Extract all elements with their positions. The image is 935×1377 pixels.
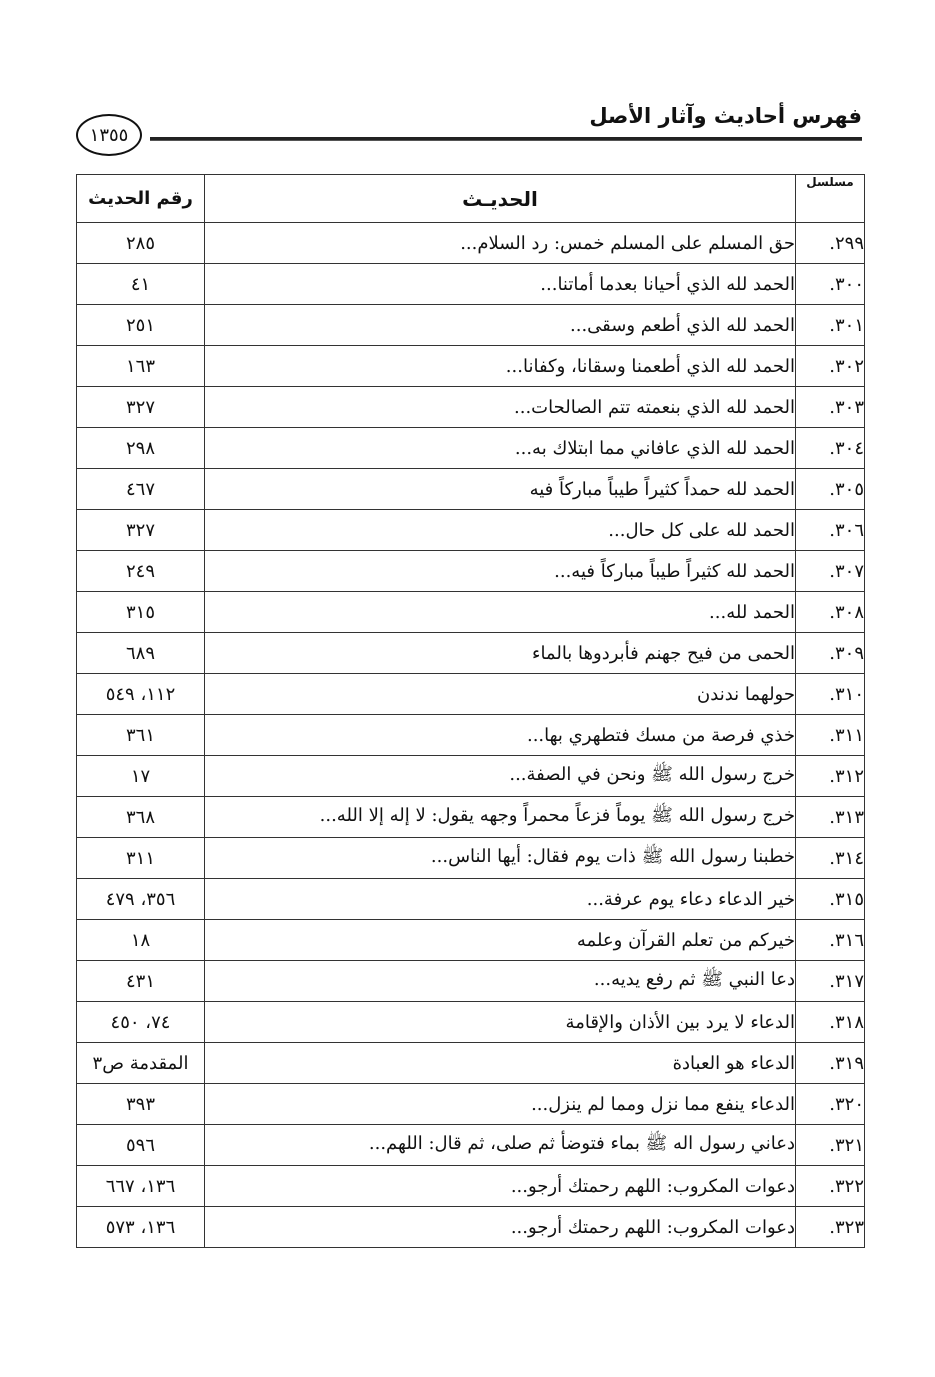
hadith-ref-cell: ٣٢٧ xyxy=(77,387,205,428)
serial-cell: ٣٢١. xyxy=(796,1125,865,1166)
table-row: ٣٠٣.الحمد لله الذي بنعمته تتم الصالحات..… xyxy=(77,387,865,428)
hadith-text-cell: الحمد لله كثيراً طيباً مباركاً فيه... xyxy=(205,551,796,592)
serial-cell: ٢٩٩. xyxy=(796,223,865,264)
serial-cell: ٣٠٩. xyxy=(796,633,865,674)
table-row: ٣٠٢.الحمد لله الذي أطعمنا وسقانا، وكفانا… xyxy=(77,346,865,387)
hadith-ref-cell: ٢٤٩ xyxy=(77,551,205,592)
hadith-text-cell: دعوات المكروب: اللهم رحمتك أرجو... xyxy=(205,1207,796,1248)
hadith-ref-cell: ١٦٣ xyxy=(77,346,205,387)
table-row: ٣٠١.الحمد لله الذي أطعم وسقى...٢٥١ xyxy=(77,305,865,346)
hadith-text-cell: الحمد لله... xyxy=(205,592,796,633)
hadith-ref-cell: ١٧ xyxy=(77,756,205,797)
serial-cell: ٣٢٣. xyxy=(796,1207,865,1248)
table-row: ٣٠٧.الحمد لله كثيراً طيباً مباركاً فيه..… xyxy=(77,551,865,592)
page-header: فهرس أحاديث وآثار الأصل ١٣٥٥ xyxy=(76,100,862,160)
serial-cell: ٣٠٦. xyxy=(796,510,865,551)
table-row: ٣٠٤.الحمد لله الذي عافاني مما ابتلاك به.… xyxy=(77,428,865,469)
serial-cell: ٣١٨. xyxy=(796,1002,865,1043)
page-title: فهرس أحاديث وآثار الأصل xyxy=(589,104,862,128)
hadith-text-cell: خرج رسول الله ﷺ يوماً فزعاً محمراً وجهه … xyxy=(205,797,796,838)
hadith-ref-cell: ٢٨٥ xyxy=(77,223,205,264)
hadith-text-cell: دعاني رسول اله ﷺ بماء فتوضأ ثم صلى، ثم ق… xyxy=(205,1125,796,1166)
serial-cell: ٣١٦. xyxy=(796,920,865,961)
serial-cell: ٣٠٨. xyxy=(796,592,865,633)
hadith-ref-cell: ٤١ xyxy=(77,264,205,305)
table-row: ٣١١.خذي فرصة من مسك فتطهري بها...٣٦١ xyxy=(77,715,865,756)
hadith-ref-cell: ٥٩٦ xyxy=(77,1125,205,1166)
hadith-text-cell: خير الدعاء دعاء يوم عرفة... xyxy=(205,879,796,920)
serial-cell: ٣١٣. xyxy=(796,797,865,838)
table-row: ٣٠٥.الحمد لله حمداً كثيراً طيباً مباركاً… xyxy=(77,469,865,510)
table-row: ٣٠٩.الحمى من فيح جهنم فأبردوها بالماء٦٨٩ xyxy=(77,633,865,674)
serial-cell: ٣٠٧. xyxy=(796,551,865,592)
hadith-text-cell: الحمد لله الذي أطعم وسقى... xyxy=(205,305,796,346)
hadith-text-cell: الدعاء لا يرد بين الأذان والإقامة xyxy=(205,1002,796,1043)
header-rule xyxy=(150,137,862,141)
hadith-ref-cell: ٤٦٧ xyxy=(77,469,205,510)
serial-cell: ٣٠٤. xyxy=(796,428,865,469)
hadith-text-cell: خطبنا رسول الله ﷺ ذات يوم فقال: أيها الن… xyxy=(205,838,796,879)
hadith-text-cell: الحمد لله على كل حال... xyxy=(205,510,796,551)
table-row: ٣٢٣.دعوات المكروب: اللهم رحمتك أرجو...١٣… xyxy=(77,1207,865,1248)
serial-cell: ٣١٠. xyxy=(796,674,865,715)
table-header-row: مسلسل الحديـث رقم الحديث xyxy=(77,175,865,223)
hadith-ref-cell: ٣٩٣ xyxy=(77,1084,205,1125)
serial-cell: ٣١٢. xyxy=(796,756,865,797)
serial-cell: ٣١١. xyxy=(796,715,865,756)
table-row: ٣٠٦.الحمد لله على كل حال...٣٢٧ xyxy=(77,510,865,551)
serial-cell: ٣١٥. xyxy=(796,879,865,920)
hadith-ref-cell: ٢٥١ xyxy=(77,305,205,346)
table-row: ٣١٨.الدعاء لا يرد بين الأذان والإقامة٧٤،… xyxy=(77,1002,865,1043)
serial-cell: ٣٢٢. xyxy=(796,1166,865,1207)
hadith-ref-cell: ١٣٦، ٥٧٣ xyxy=(77,1207,205,1248)
hadith-ref-cell: ١٣٦، ٦٦٧ xyxy=(77,1166,205,1207)
table-row: ٣١٣.خرج رسول الله ﷺ يوماً فزعاً محمراً و… xyxy=(77,797,865,838)
column-header-serial: مسلسل xyxy=(796,175,865,223)
hadith-text-cell: خذي فرصة من مسك فتطهري بها... xyxy=(205,715,796,756)
serial-cell: ٣٠٥. xyxy=(796,469,865,510)
hadith-text-cell: الدعاء ينفع مما نزل ومما لم ينزل... xyxy=(205,1084,796,1125)
serial-cell: ٣٠٠. xyxy=(796,264,865,305)
hadith-text-cell: دعا النبي ﷺ ثم رفع يديه... xyxy=(205,961,796,1002)
table-row: ٣١٠.حولهما ندندن١١٢، ٥٤٩ xyxy=(77,674,865,715)
hadith-text-cell: خيركم من تعلم القرآن وعلمه xyxy=(205,920,796,961)
hadith-text-cell: خرج رسول الله ﷺ ونحن في الصفة... xyxy=(205,756,796,797)
table-row: ٣٢٢.دعوات المكروب: اللهم رحمتك أرجو...١٣… xyxy=(77,1166,865,1207)
table-row: ٣٠٠.الحمد لله الذي أحيانا بعدما أماتنا..… xyxy=(77,264,865,305)
column-header-hadith: الحديـث xyxy=(205,175,796,223)
hadith-text-cell: الحمى من فيح جهنم فأبردوها بالماء xyxy=(205,633,796,674)
serial-cell: ٣٠١. xyxy=(796,305,865,346)
hadith-text-cell: دعوات المكروب: اللهم رحمتك أرجو... xyxy=(205,1166,796,1207)
table-row: ٢٩٩.حق المسلم على المسلم خمس: رد السلام.… xyxy=(77,223,865,264)
hadith-ref-cell: ٣٦٨ xyxy=(77,797,205,838)
table-row: ٣١٥.خير الدعاء دعاء يوم عرفة...٣٥٦، ٤٧٩ xyxy=(77,879,865,920)
hadith-text-cell: حولهما ندندن xyxy=(205,674,796,715)
table-row: ٣٠٨.الحمد لله...٣١٥ xyxy=(77,592,865,633)
table-row: ٣١٤.خطبنا رسول الله ﷺ ذات يوم فقال: أيها… xyxy=(77,838,865,879)
column-header-ref: رقم الحديث xyxy=(77,175,205,223)
hadith-ref-cell: ٣٢٧ xyxy=(77,510,205,551)
table-row: ٣١٢.خرج رسول الله ﷺ ونحن في الصفة...١٧ xyxy=(77,756,865,797)
table-row: ٣١٩.الدعاء هو العبادةالمقدمة ص٣ xyxy=(77,1043,865,1084)
table-row: ٣٢٠.الدعاء ينفع مما نزل ومما لم ينزل...٣… xyxy=(77,1084,865,1125)
hadith-ref-cell: المقدمة ص٣ xyxy=(77,1043,205,1084)
table-row: ٣١٧.دعا النبي ﷺ ثم رفع يديه...٤٣١ xyxy=(77,961,865,1002)
serial-cell: ٣١٤. xyxy=(796,838,865,879)
serial-cell: ٣٢٠. xyxy=(796,1084,865,1125)
hadith-ref-cell: ٣٥٦، ٤٧٩ xyxy=(77,879,205,920)
hadith-text-cell: الحمد لله الذي أحيانا بعدما أماتنا... xyxy=(205,264,796,305)
hadith-ref-cell: ٤٣١ xyxy=(77,961,205,1002)
hadith-ref-cell: ٧٤، ٤٥٠ xyxy=(77,1002,205,1043)
serial-cell: ٣١٧. xyxy=(796,961,865,1002)
hadith-ref-cell: ١٨ xyxy=(77,920,205,961)
hadith-text-cell: حق المسلم على المسلم خمس: رد السلام... xyxy=(205,223,796,264)
hadith-ref-cell: ٣٦١ xyxy=(77,715,205,756)
hadith-ref-cell: ٣١٥ xyxy=(77,592,205,633)
hadith-text-cell: الدعاء هو العبادة xyxy=(205,1043,796,1084)
serial-cell: ٣٠٣. xyxy=(796,387,865,428)
hadith-ref-cell: ٣١١ xyxy=(77,838,205,879)
hadith-text-cell: الحمد لله الذي عافاني مما ابتلاك به... xyxy=(205,428,796,469)
hadith-text-cell: الحمد لله الذي بنعمته تتم الصالحات... xyxy=(205,387,796,428)
hadith-ref-cell: ٦٨٩ xyxy=(77,633,205,674)
serial-cell: ٣٠٢. xyxy=(796,346,865,387)
page-number-badge: ١٣٥٥ xyxy=(76,114,142,156)
serial-cell: ٣١٩. xyxy=(796,1043,865,1084)
table-row: ٣٢١.دعاني رسول اله ﷺ بماء فتوضأ ثم صلى، … xyxy=(77,1125,865,1166)
hadith-text-cell: الحمد لله الذي أطعمنا وسقانا، وكفانا... xyxy=(205,346,796,387)
hadith-index-table: مسلسل الحديـث رقم الحديث ٢٩٩.حق المسلم ع… xyxy=(76,174,865,1248)
hadith-text-cell: الحمد لله حمداً كثيراً طيباً مباركاً فيه xyxy=(205,469,796,510)
table-row: ٣١٦.خيركم من تعلم القرآن وعلمه١٨ xyxy=(77,920,865,961)
hadith-ref-cell: ٢٩٨ xyxy=(77,428,205,469)
hadith-ref-cell: ١١٢، ٥٤٩ xyxy=(77,674,205,715)
